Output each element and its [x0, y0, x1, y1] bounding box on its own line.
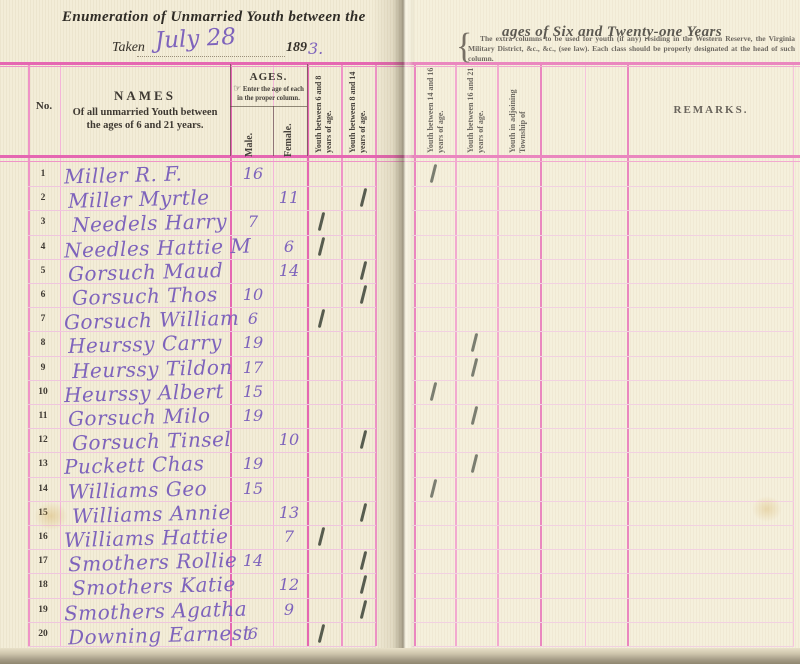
row-number: 17	[30, 556, 56, 566]
age-male: 15	[234, 479, 272, 498]
tally-mark-6-8	[318, 527, 326, 546]
tally-mark-6-8	[318, 212, 326, 231]
header-col-16-21: Youth between 16 and 21 years of age.	[462, 67, 490, 153]
age-female: 13	[272, 503, 306, 522]
handwritten-name: Needels Harry	[72, 209, 228, 237]
rule-line	[412, 598, 794, 599]
rule-line	[412, 404, 794, 405]
row-number: 5	[30, 266, 56, 276]
extra-columns-note: The extra columns to be used for youth (…	[468, 34, 795, 63]
tally-mark-8-14	[360, 285, 368, 304]
tally-mark-6-8	[318, 237, 326, 256]
tally-mark-8-14	[360, 503, 368, 522]
header-male: Male.	[233, 99, 267, 157]
rule-line	[412, 477, 794, 478]
rule-line	[0, 66, 800, 67]
rule-line	[412, 307, 794, 308]
rule-line	[412, 525, 794, 526]
tally-mark-14-16	[430, 382, 438, 401]
left-page-title: Enumeration of Unmarried Youth between t…	[62, 9, 366, 26]
ledger-page-scan: Enumeration of Unmarried Youth between t…	[0, 0, 800, 664]
rule-line	[412, 428, 794, 429]
tally-mark-6-8	[318, 309, 326, 328]
row-number: 2	[30, 193, 56, 203]
age-male: 19	[234, 406, 272, 425]
tally-mark-8-14	[360, 600, 368, 619]
age-male: 10	[234, 285, 272, 304]
paper-stain-left	[34, 502, 68, 530]
tally-mark-14-16	[430, 164, 438, 183]
age-male: 19	[234, 454, 272, 473]
handwritten-name: Puckett Chas	[64, 452, 205, 480]
rule-line	[412, 452, 794, 453]
rule-line	[0, 161, 800, 162]
header-remarks: REMARKS.	[627, 104, 795, 116]
tally-mark-8-14	[360, 261, 368, 280]
tally-mark-8-14	[360, 575, 368, 594]
row-number: 9	[30, 363, 56, 373]
rule-line	[412, 186, 794, 187]
tally-mark-16-21	[471, 454, 479, 473]
row-number: 19	[30, 605, 56, 615]
taken-year-printed: 189	[286, 40, 307, 56]
rule-line	[412, 549, 794, 550]
age-female: 10	[272, 430, 306, 449]
rule-line	[412, 646, 794, 647]
header-no: No.	[28, 100, 60, 112]
row-number: 3	[30, 217, 56, 227]
header-ages-title: AGES.	[230, 71, 307, 83]
rule-line	[0, 155, 800, 158]
age-male: 16	[234, 164, 272, 183]
tally-mark-6-8	[318, 624, 326, 643]
age-male: 14	[234, 551, 272, 570]
handwritten-name: Gorsuch Milo	[68, 403, 211, 431]
tally-mark-8-14	[360, 188, 368, 207]
rule-line	[412, 380, 794, 381]
rule-line	[412, 331, 794, 332]
tally-mark-16-21	[471, 358, 479, 377]
handwritten-name: Heurssy Carry	[68, 330, 223, 358]
tally-mark-8-14	[360, 430, 368, 449]
tally-mark-14-16	[430, 479, 438, 498]
rule-line	[412, 259, 794, 260]
rule-line	[412, 356, 794, 357]
handwritten-name: Needles Hattie M	[64, 233, 252, 262]
taken-label: Taken	[112, 40, 145, 56]
row-number: 12	[30, 435, 56, 445]
rule-line	[412, 622, 794, 623]
tally-mark-16-21	[471, 406, 479, 425]
handwritten-name: Miller Myrtle	[68, 185, 210, 213]
age-male: 15	[234, 382, 272, 401]
taken-underline	[137, 56, 285, 57]
age-female: 11	[272, 188, 306, 207]
row-number: 13	[30, 459, 56, 469]
taken-year-handwritten: 3.	[308, 39, 323, 58]
age-female: 6	[272, 237, 306, 256]
header-col-8-14: Youth between 8 and 14 years of age.	[344, 67, 372, 153]
handwritten-name: Miller R. F.	[64, 161, 183, 188]
tally-mark-8-14	[360, 551, 368, 570]
row-number: 7	[30, 314, 56, 324]
rule-line	[412, 573, 794, 574]
handwritten-name: Downing Earnest	[68, 620, 252, 649]
age-male: 6	[234, 309, 272, 328]
handwritten-name: Gorsuch Thos	[72, 282, 218, 310]
row-number: 6	[30, 290, 56, 300]
rule-line	[412, 235, 794, 236]
handwritten-name: Gorsuch Tinsel	[72, 427, 232, 455]
paper-stain-right	[752, 496, 782, 522]
age-female: 9	[272, 600, 306, 619]
row-number: 4	[30, 242, 56, 252]
row-number: 1	[30, 169, 56, 179]
age-female: 14	[272, 261, 306, 280]
header-col-6-8: Youth between 6 and 8 years of age.	[310, 67, 338, 153]
age-male: 6	[234, 624, 272, 643]
rule-line	[412, 283, 794, 284]
row-number: 18	[30, 580, 56, 590]
age-female: 12	[272, 575, 306, 594]
header-col-14-16: Youth between 14 and 16 years of age.	[422, 67, 450, 153]
row-number: 20	[30, 629, 56, 639]
rule-line	[412, 210, 794, 211]
age-female: 7	[272, 527, 306, 546]
rule-line	[412, 501, 794, 502]
book-bottom-edge	[0, 648, 800, 664]
row-number: 14	[30, 484, 56, 494]
row-number: 16	[30, 532, 56, 542]
page-gutter-shadow	[372, 0, 414, 652]
age-male: 7	[234, 212, 272, 231]
age-male: 19	[234, 333, 272, 352]
handwritten-name: Williams Geo	[68, 476, 208, 504]
row-number: 10	[30, 387, 56, 397]
header-names-title: NAMES	[60, 88, 230, 104]
age-male: 17	[234, 358, 272, 377]
taken-date-handwritten: July 28	[154, 24, 236, 54]
row-number: 8	[30, 338, 56, 348]
header-names-sub: Of all unmarried Youth between the ages …	[65, 106, 225, 132]
handwritten-name: Smothers Katie	[72, 572, 236, 600]
header-col-adjoining: Youth in adjoining Township of	[504, 67, 532, 153]
row-number: 11	[30, 411, 56, 421]
header-female: Female.	[272, 99, 306, 157]
pointing-hand-icon: ☞	[233, 84, 241, 94]
tally-mark-16-21	[471, 333, 479, 352]
